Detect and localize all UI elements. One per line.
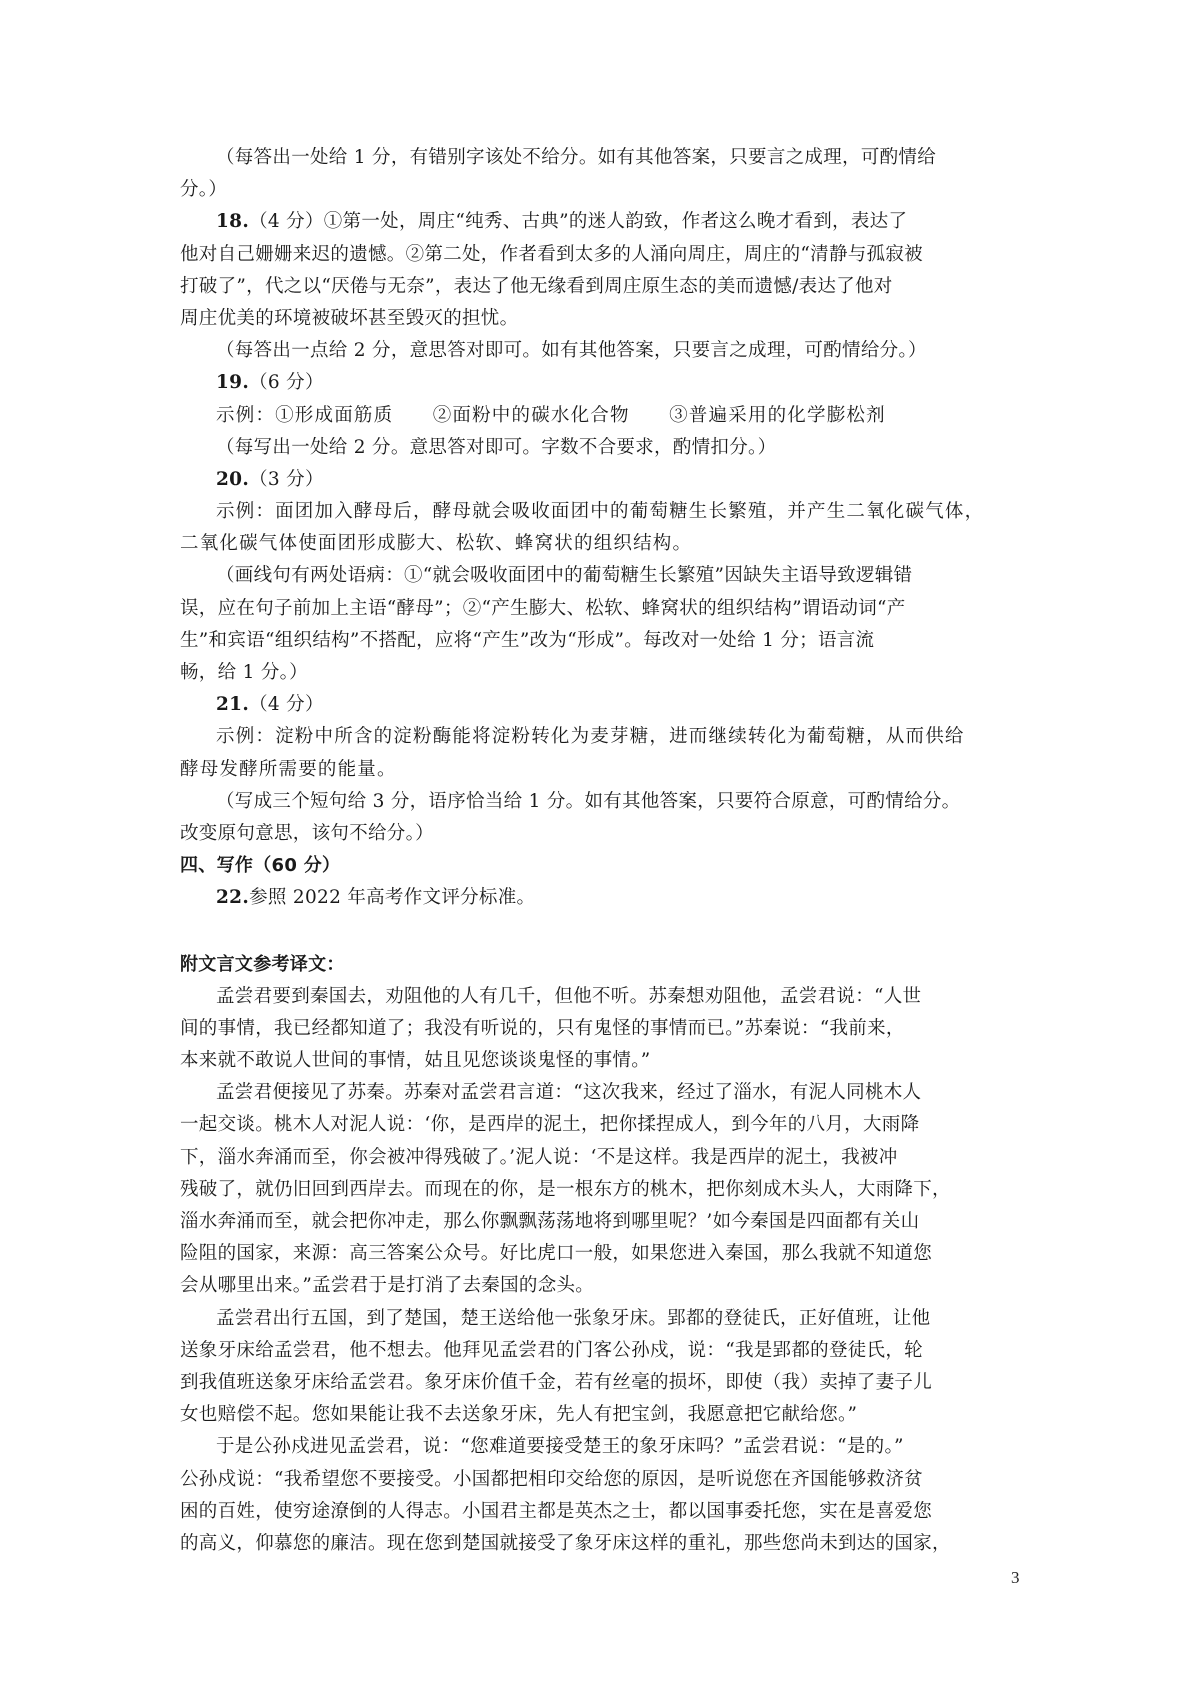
- text-line: 打破了”，代之以“厌倦与无奈”，表达了他无缘看到周庄原生态的美而遗憾/表达了他对: [180, 271, 1014, 303]
- scoring-note: 生”和宾语“组织结构”不搭配，应将“产生”改为“形成”。每改对一处给 1 分；语…: [180, 625, 1014, 657]
- page-number: 3: [1011, 1568, 1020, 1588]
- question-score: （4 分）: [249, 694, 324, 715]
- scoring-note: （每答出一点给 2 分，意思答对即可。如有其他答案，只要言之成理，可酌情给分。）: [180, 335, 1014, 367]
- scoring-note: 畅，给 1 分。）: [180, 657, 1014, 689]
- answer-q18: 18.（4 分）①第一处，周庄“纯秀、古典”的迷人韵致，作者这么晚才看到，表达了…: [180, 206, 1014, 367]
- text-line: 残破了，就仍旧回到西岸去。而现在的你，是一根东方的桃木，把你刻成木头人，大雨降下…: [180, 1174, 1014, 1206]
- text-line: 会从哪里出来。”孟尝君于是打消了去秦国的念头。: [180, 1270, 1014, 1302]
- text-line: 淄水奔涌而至，就会把你冲走，那么你飘飘荡荡地将到哪里呢？’如今秦国是四面都有关山: [180, 1206, 1014, 1238]
- translation-paragraph: 于是公孙戍进见孟尝君，说：“您难道要接受楚王的象牙床吗？”孟尝君说：“是的。” …: [180, 1431, 1014, 1560]
- question-number: 18.: [216, 211, 249, 232]
- text-line: 分。）: [180, 174, 1014, 206]
- text-line: 公孙戍说：“我希望您不要接受。小国都把相印交给您的原因，是听说您在齐国能够救济贫: [180, 1464, 1014, 1496]
- scoring-note: （写成三个短句给 3 分，语序恰当给 1 分。如有其他答案，只要符合原意，可酌情…: [180, 786, 1014, 818]
- example-answer: 二氧化碳气体使面团形成膨大、松软、蜂窝状的组织结构。: [180, 528, 1014, 560]
- question-score: （3 分）: [249, 469, 324, 490]
- question-number: 20.: [216, 469, 249, 490]
- text-line: 孟尝君出行五国，到了楚国，楚王送给他一张象牙床。郢都的登徒氏，正好值班，让他: [180, 1303, 1014, 1335]
- text-line: 到我值班送象牙床给孟尝君。象牙床价值千金，若有丝毫的损坏，即使（我）卖掉了妻子儿: [180, 1367, 1014, 1399]
- text-line: 孟尝君要到秦国去，劝阻他的人有几千，但他不听。苏秦想劝阻他，孟尝君说：“人世: [180, 981, 1014, 1013]
- translation-section: 附文言文参考译文： 孟尝君要到秦国去，劝阻他的人有几千，但他不听。苏秦想劝阻他，…: [180, 949, 1014, 1561]
- scoring-note: 误，应在句子前加上主语“酵母”；②“产生膨大、松软、蜂窝状的组织结构”谓语动词“…: [180, 593, 1014, 625]
- translation-heading: 附文言文参考译文：: [180, 949, 1014, 981]
- answer-q21: 21.（4 分） 示例：淀粉中所含的淀粉酶能将淀粉转化为麦芽糖，进而继续转化为葡…: [180, 689, 1014, 850]
- question-number: 22.: [216, 887, 249, 908]
- example-answer: 示例：①形成面筋质 ②面粉中的碳水化合物 ③普遍采用的化学膨松剂: [180, 400, 1014, 432]
- text-line: 送象牙床给孟尝君，他不想去。他拜见孟尝君的门客公孙戍，说：“我是郢都的登徒氏，轮: [180, 1335, 1014, 1367]
- document-page: （每答出一处给 1 分，有错别字该处不给分。如有其他答案，只要言之成理，可酌情给…: [0, 0, 1200, 1698]
- translation-paragraph: 孟尝君出行五国，到了楚国，楚王送给他一张象牙床。郢都的登徒氏，正好值班，让他 送…: [180, 1303, 1014, 1432]
- example-answer: 示例：面团加入酵母后，酵母就会吸收面团中的葡萄糖生长繁殖，并产生二氧化碳气体，: [180, 496, 1014, 528]
- text-line: 间的事情，我已经都知道了；我没有听说的，只有鬼怪的事情而已。”苏秦说：“我前来，: [180, 1013, 1014, 1045]
- text-line: 于是公孙戍进见孟尝君，说：“您难道要接受楚王的象牙床吗？”孟尝君说：“是的。”: [180, 1431, 1014, 1463]
- translation-paragraph: 孟尝君便接见了苏秦。苏秦对孟尝君言道：“这次我来，经过了淄水，有泥人同桃木人 一…: [180, 1077, 1014, 1302]
- text-line: 孟尝君便接见了苏秦。苏秦对孟尝君言道：“这次我来，经过了淄水，有泥人同桃木人: [180, 1077, 1014, 1109]
- q17-scoring-note: （每答出一处给 1 分，有错别字该处不给分。如有其他答案，只要言之成理，可酌情给…: [180, 142, 1014, 206]
- section-title: 四、写作（60 分）: [180, 850, 1014, 882]
- answer-q20: 20.（3 分） 示例：面团加入酵母后，酵母就会吸收面团中的葡萄糖生长繁殖，并产…: [180, 464, 1014, 689]
- text-line: 险阻的国家，来源：高三答案公众号。好比虎口一般，如果您进入秦国，那么我就不知道您: [180, 1238, 1014, 1270]
- text-line: 他对自己姗姗来迟的遗憾。②第二处，作者看到太多的人涌向周庄，周庄的“清静与孤寂被: [180, 239, 1014, 271]
- example-answer: 示例：淀粉中所含的淀粉酶能将淀粉转化为麦芽糖，进而继续转化为葡萄糖，从而供给: [180, 721, 1014, 753]
- example-answer: 酵母发酵所需要的能量。: [180, 754, 1014, 786]
- scoring-note: （每写出一处给 2 分。意思答对即可。字数不合要求，酌情扣分。）: [180, 432, 1014, 464]
- text-line: 困的百姓，使穷途潦倒的人得志。小国君主都是英杰之士，都以国事委托您，实在是喜爱您: [180, 1496, 1014, 1528]
- text-line: 一起交谈。桃木人对泥人说：‘你，是西岸的泥土，把你揉捏成人，到今年的八月，大雨降: [180, 1109, 1014, 1141]
- scoring-note: （画线句有两处语病：①“就会吸收面团中的葡萄糖生长繁殖”因缺失主语导致逻辑错: [180, 560, 1014, 592]
- question-score: （6 分）: [249, 372, 324, 393]
- answer-q19: 19.（6 分） 示例：①形成面筋质 ②面粉中的碳水化合物 ③普遍采用的化学膨松…: [180, 367, 1014, 464]
- text-line: 周庄优美的环境被破坏甚至毁灭的担忧。: [180, 303, 1014, 335]
- text-line: 女也赔偿不起。您如果能让我不去送象牙床，先人有把宝剑，我愿意把它献给您。”: [180, 1399, 1014, 1431]
- spacer: [180, 915, 1014, 949]
- text-line: 下，淄水奔涌而至，你会被冲得残破了。’泥人说：‘不是这样。我是西岸的泥土，我被冲: [180, 1142, 1014, 1174]
- section-writing: 四、写作（60 分） 22.参照 2022 年高考作文评分标准。: [180, 850, 1014, 914]
- text-line: （4 分）①第一处，周庄“纯秀、古典”的迷人韵致，作者这么晚才看到，表达了: [249, 211, 907, 232]
- scoring-note: 改变原句意思，该句不给分。）: [180, 818, 1014, 850]
- text-line: （每答出一处给 1 分，有错别字该处不给分。如有其他答案，只要言之成理，可酌情给: [180, 142, 1014, 174]
- translation-paragraph: 孟尝君要到秦国去，劝阻他的人有几千，但他不听。苏秦想劝阻他，孟尝君说：“人世 间…: [180, 981, 1014, 1078]
- page-content: （每答出一处给 1 分，有错别字该处不给分。如有其他答案，只要言之成理，可酌情给…: [180, 142, 1014, 1560]
- question-number: 19.: [216, 372, 249, 393]
- text-line: 本来就不敢说人世间的事情，姑且见您谈谈鬼怪的事情。”: [180, 1045, 1014, 1077]
- question-number: 21.: [216, 694, 249, 715]
- text-line: 的高义，仰慕您的廉洁。现在您到楚国就接受了象牙床这样的重礼，那些您尚未到达的国家…: [180, 1528, 1014, 1560]
- answer-text: 参照 2022 年高考作文评分标准。: [249, 887, 535, 908]
